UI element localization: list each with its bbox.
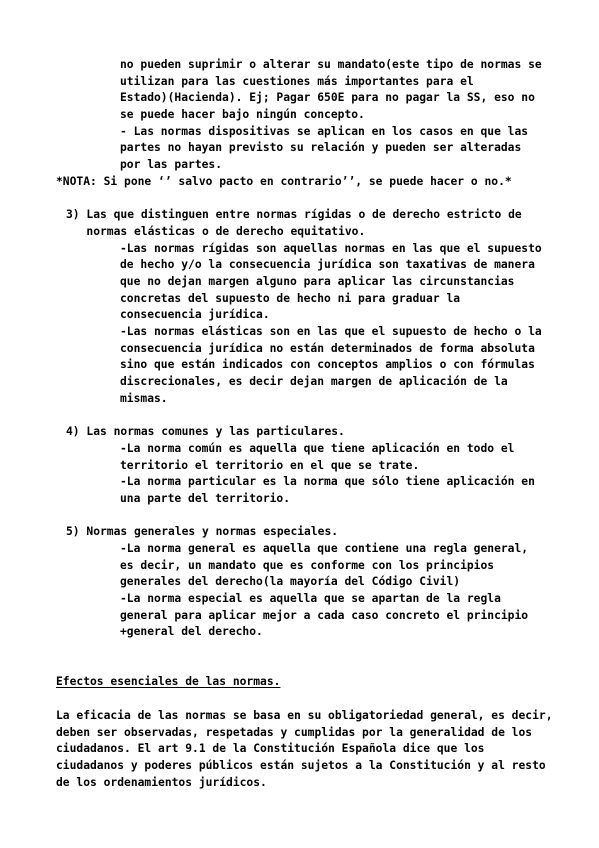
list-item-3-header: 3) Las que distinguen entre normas rígid… (66, 207, 599, 240)
list-item-5-header: 5) Normas generales y normas especiales. (66, 524, 599, 541)
text-line: normas elásticas o de derecho equitativo… (66, 224, 599, 241)
document-page: no pueden suprimir o alterar su mandato(… (0, 0, 599, 848)
list-item-5-details: -La norma general es aquella que contien… (120, 541, 599, 641)
text-line: que no dejan margen alguno para aplicar … (120, 274, 599, 291)
text-line: de los ordenamientos jurídicos. (56, 775, 599, 792)
text-line: -La norma particular es la norma que sól… (120, 474, 599, 491)
text-line: no pueden suprimir o alterar su mandato(… (120, 57, 599, 74)
text-line: por las partes. (120, 157, 599, 174)
text-line: 3) Las que distinguen entre normas rígid… (66, 207, 599, 224)
text-line: ciudadanos y poderes públicos están suje… (56, 758, 599, 775)
text-line: concretas del supuesto de hecho ni para … (120, 291, 599, 308)
text-line: La eficacia de las normas se basa en su … (56, 708, 599, 725)
text-line: 4) Las normas comunes y las particulares… (66, 424, 599, 441)
text-line: consecuencia jurídica. (120, 307, 599, 324)
text-line: -La norma general es aquella que contien… (120, 541, 599, 558)
list-item-3-details: -Las normas rígidas son aquellas normas … (120, 241, 599, 408)
text-line: +general del derecho. (120, 624, 599, 641)
text-line: Estado)(Hacienda). Ej; Pagar 650E para n… (120, 90, 599, 107)
text-line: discrecionales, es decir dejan margen de… (120, 374, 599, 391)
text-line: ciudadanos. El art 9.1 de la Constitució… (56, 741, 599, 758)
list-item-4-details: -La norma común es aquella que tiene apl… (120, 441, 599, 508)
text-line: general para aplicar mejor a cada caso c… (120, 608, 599, 625)
list-item-4-header: 4) Las normas comunes y las particulares… (66, 424, 599, 441)
text-line: territorio el territorio en el que se tr… (120, 458, 599, 475)
text-line: -Las normas rígidas son aquellas normas … (120, 241, 599, 258)
text-line: es decir, un mandato que es conforme con… (120, 558, 599, 575)
text-line: -La norma común es aquella que tiene apl… (120, 441, 599, 458)
closing-paragraph: La eficacia de las normas se basa en su … (56, 708, 599, 791)
intro-paragraph: no pueden suprimir o alterar su mandato(… (120, 57, 599, 174)
text-line: - Las normas dispositivas se aplican en … (120, 124, 599, 141)
text-line: se puede hacer bajo ningún concepto. (120, 107, 599, 124)
text-line: sino que están indicados con conceptos a… (120, 357, 599, 374)
text-line: una parte del territorio. (120, 491, 599, 508)
text-line: de hecho y/o la consecuencia jurídica so… (120, 257, 599, 274)
text-line: -La norma especial es aquella que se apa… (120, 591, 599, 608)
text-line: partes no hayan previsto su relación y p… (120, 140, 599, 157)
text-line: 5) Normas generales y normas especiales. (66, 524, 599, 541)
nota-line: *NOTA: Si pone ‘’ salvo pacto en contrar… (56, 174, 599, 191)
text-line: generales del derecho(la mayoría del Cód… (120, 574, 599, 591)
text-line: -Las normas elásticas son en las que el … (120, 324, 599, 341)
section-heading: Efectos esenciales de las normas. (56, 674, 599, 691)
text-line: utilizan para las cuestiones más importa… (120, 74, 599, 91)
text-line: consecuencia jurídica no están determina… (120, 341, 599, 358)
text-line: deben ser observadas, respetadas y cumpl… (56, 725, 599, 742)
text-line: mismas. (120, 391, 599, 408)
